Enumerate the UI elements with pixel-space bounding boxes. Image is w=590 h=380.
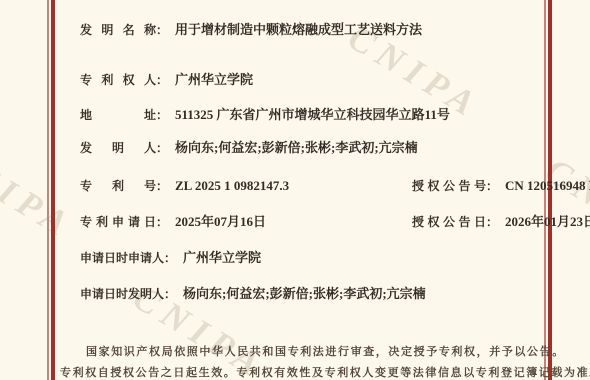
label-colon: ： bbox=[486, 215, 498, 229]
field-grant-date: 授权公告日：2026年01月23日 bbox=[412, 214, 590, 230]
label-colon: ： bbox=[156, 23, 168, 37]
inventors-at-filing-label: 申请日时发明人 bbox=[80, 286, 164, 302]
certificate-fields: 发明名称：用于增材制造中颗粒熔融成型工艺送料方法 专利权人：广州华立学院 地址：… bbox=[0, 0, 590, 380]
field-applicant-at-filing: 申请日时申请人：广州华立学院 bbox=[80, 250, 261, 266]
field-invention-name: 发明名称：用于增材制造中颗粒熔融成型工艺送料方法 bbox=[80, 22, 422, 38]
field-filing-date-row: 专利申请日：2025年07月16日 授权公告日：2026年01月23日 bbox=[80, 214, 550, 230]
label-colon: ： bbox=[156, 179, 168, 193]
footer-statement-line2: 专利权自授权公告之日起生效。专利权有效性及专利权人变更等法律信息以专利登记簿记载… bbox=[60, 363, 550, 380]
patent-number-label: 专利号 bbox=[80, 178, 156, 194]
applicant-at-filing-label: 申请日时申请人 bbox=[80, 250, 164, 266]
label-colon: ： bbox=[156, 141, 168, 155]
label-colon: ： bbox=[486, 179, 498, 193]
applicant-at-filing-value: 广州华立学院 bbox=[183, 250, 261, 265]
grant-number-value: CN 120516948 B bbox=[505, 178, 590, 193]
label-colon: ： bbox=[156, 215, 168, 229]
label-colon: ： bbox=[164, 251, 176, 265]
invention-name-label: 发明名称 bbox=[80, 22, 156, 38]
grant-date-value: 2026年01月23日 bbox=[505, 214, 590, 229]
field-inventors-at-filing: 申请日时发明人：杨向东;何益宏;彭新倍;张彬;李武初;亢宗楠 bbox=[80, 286, 426, 302]
patent-number-value: ZL 2025 1 0982147.3 bbox=[175, 178, 289, 193]
label-colon: ： bbox=[164, 287, 176, 301]
inventors-value: 杨向东;何益宏;彭新倍;张彬;李武初;亢宗楠 bbox=[175, 140, 418, 155]
grant-date-label: 授权公告日 bbox=[412, 214, 486, 230]
field-grant-number: 授权公告号：CN 120516948 B bbox=[412, 178, 590, 194]
filing-date-label: 专利申请日 bbox=[80, 214, 156, 230]
grant-number-label: 授权公告号 bbox=[412, 178, 486, 194]
label-colon: ： bbox=[156, 73, 168, 87]
inventors-at-filing-value: 杨向东;何益宏;彭新倍;张彬;李武初;亢宗楠 bbox=[183, 286, 426, 301]
patentee-label: 专利权人 bbox=[80, 72, 156, 88]
field-address: 地址：511325 广东省广州市增城华立科技园华立路11号 bbox=[80, 107, 450, 123]
label-colon: ： bbox=[156, 108, 168, 122]
patentee-value: 广州华立学院 bbox=[175, 72, 253, 87]
invention-name-value: 用于增材制造中颗粒熔融成型工艺送料方法 bbox=[175, 22, 422, 37]
filing-date-value: 2025年07月16日 bbox=[175, 214, 266, 229]
footer-statement-line1: 国家知识产权局依照中华人民共和国专利法进行审查，决定授予专利权，并予以公告。 bbox=[60, 342, 550, 363]
address-label: 地址 bbox=[80, 107, 156, 123]
inventors-label: 发明人 bbox=[80, 140, 156, 156]
field-inventors: 发明人：杨向东;何益宏;彭新倍;张彬;李武初;亢宗楠 bbox=[80, 140, 418, 156]
address-value: 511325 广东省广州市增城华立科技园华立路11号 bbox=[175, 107, 450, 122]
patent-certificate-page: CNIPA CNIPA CNIPA CNIPA 发明名称：用于增材制造中颗粒熔融… bbox=[0, 0, 590, 380]
field-patentee: 专利权人：广州华立学院 bbox=[80, 72, 253, 88]
field-patent-number-row: 专利号：ZL 2025 1 0982147.3 授权公告号：CN 1205169… bbox=[80, 178, 550, 194]
